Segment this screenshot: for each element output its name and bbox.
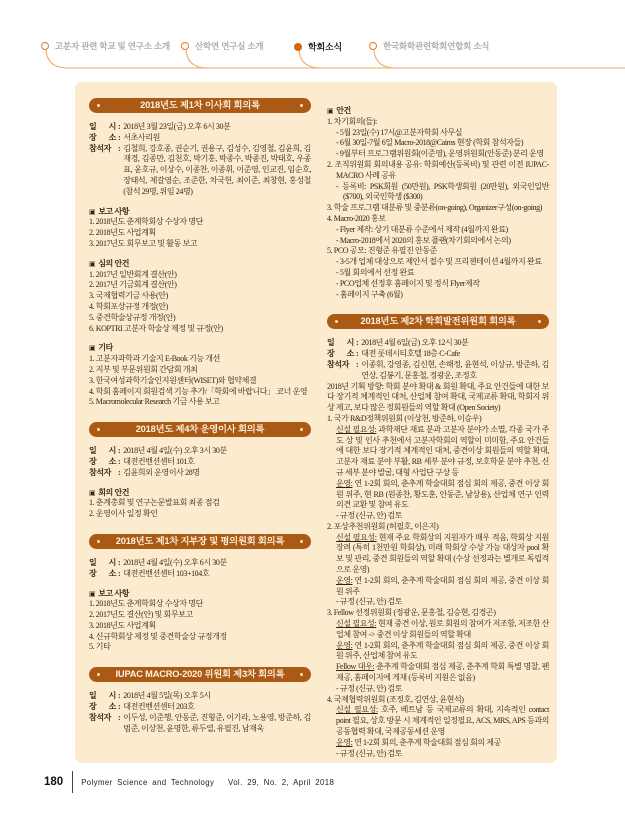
section-title: 2018년도 제1차 지부장 및 평의원회 회의록	[116, 536, 284, 546]
nav-tab: 산학연 연구실 소개	[181, 40, 263, 52]
block-heading-label: 보고 사항	[98, 589, 129, 598]
content-panel: 2018년도 제1차 이사회 회의록일 시:2018년 3월 23일(금) 오후…	[75, 82, 557, 763]
meta-line: 일 시:2018년 3월 23일(금) 오후 6시 30분	[89, 122, 311, 133]
pill-dot-icon	[300, 540, 303, 543]
tab-dot-icon	[369, 42, 377, 50]
nav-tab-label: 학회소식	[308, 40, 342, 53]
block-heading-label: 기타	[98, 343, 113, 352]
meta-label: 장 소	[89, 702, 116, 713]
nav-tab-label: 한국화학관련학회연합회 소식	[383, 40, 489, 52]
numbered-item: 4. 신규학회상 제정 및 중견학술상 규정개정	[89, 632, 311, 643]
numbered-item: 2. 2017년도 결산(안) 및 회무보고	[89, 610, 311, 621]
dash-sub-item: - 6월 30일-7월 6일 Macro-2018@Cairns 현장 (학회 …	[336, 138, 549, 149]
numbered-item: 1. 2018년도 춘계학회상 수상자 명단	[89, 599, 311, 610]
meta-line: 참석자:이두성, 이준행, 안동준, 진형준, 이기라, 노용영, 방준하, 김…	[89, 713, 311, 735]
meta-colon: :	[116, 457, 123, 468]
section-title-pill: IUPAC MACRO-2020 위원회 제3차 회의록	[89, 667, 311, 682]
tab-dot-icon	[181, 42, 189, 50]
pill-dot-icon	[538, 320, 541, 323]
meta-value: 이두성, 이준행, 안동준, 진형준, 이기라, 노용영, 방준하, 김범준, …	[123, 713, 311, 735]
numbered-item: 5. PCO 공모: 진형준 유필진 안동준	[327, 246, 549, 257]
underlined-label: 운영:	[336, 738, 352, 747]
meta-line: 일 시:2018년 4월 5일(목) 오후 5시	[89, 691, 311, 702]
dash-sub-item: - Macro-2018에서 2020의 홍보 플랜(차기회의에서 논의)	[336, 236, 549, 247]
meta-value: 2018년 4월 4일(수) 오후 6시 30분	[123, 558, 311, 569]
meta-value: 대전컨벤션센터 101호	[123, 457, 311, 468]
dash-sub-item: - 홈페이지 구축 (6월)	[336, 290, 549, 301]
meta-value: 2018년 3월 23일(금) 오후 6시 30분	[123, 122, 311, 133]
meta-value: 김윤희외 운영이사 28명	[123, 468, 311, 479]
tab-dot-icon	[41, 42, 49, 50]
dash-sub-item: - 5월 회의에서 선정 완료	[336, 268, 549, 279]
dash-sub-item: - 규정 (신규, 안) 검토	[336, 749, 549, 760]
meta-colon: :	[116, 558, 123, 569]
underlined-label: 운영:	[336, 641, 352, 650]
meta-label: 장 소	[89, 457, 116, 468]
block-heading-label: 심의 안건	[98, 259, 129, 268]
underlined-label: Fellow 대우:	[336, 662, 374, 671]
meta-line: 참석자:김윤희외 운영이사 28명	[89, 468, 311, 479]
meta-value: 2018년 4월 5일(목) 오후 5시	[123, 691, 311, 702]
meta-value: 2018년 4월 6일(금) 오후 12시 30분	[361, 338, 549, 349]
numbered-item: 5. 기타	[89, 642, 311, 653]
meta-label: 참석자	[327, 360, 354, 382]
labeled-item: Fellow 대우: 춘추계 학술대회 점심 제공, 춘추계 학회 특별 명찰,…	[336, 662, 549, 684]
dash-sub-item: - 등록비: PSK회원 (50만원), PSK학생회원 (20만원), 외국인…	[336, 182, 549, 204]
pill-dot-icon	[97, 540, 100, 543]
dash-sub-item: - 3-5개 업체 대상으로 제안서 접수 및 프리젠테이션 4월까지 완료	[336, 257, 549, 268]
dash-sub-item: - PCO업체 선정후 홈페이지 및 정식 Flyer제작	[336, 279, 549, 290]
square-bullet-icon: ▣	[89, 344, 95, 352]
meta-value: 김철희, 강호종, 권순기, 권용구, 김성수, 김영철, 김윤희, 김재경, …	[123, 144, 311, 198]
meta-label: 일 시	[327, 338, 354, 349]
journal-page: 고분자 관련 학교 및 연구소 소개산학연 연구실 소개학회소식한국화학관련학회…	[0, 0, 625, 830]
meta-value: 대전컨벤션센터 203호	[123, 702, 311, 713]
numbered-item: 3. 2018년도 사업계획	[89, 621, 311, 632]
numbered-item: 4. 학회포상규정 개정(안)	[89, 302, 311, 313]
meta-colon: :	[354, 349, 361, 360]
numbered-item: 1. 2017년 일반회계 결산(안)	[89, 270, 311, 281]
meta-colon: :	[116, 691, 123, 702]
numbered-item: 2. 운영이사 일정 확인	[89, 509, 311, 520]
meta-line: 일 시:2018년 4월 4일(수) 오후 6시 30분	[89, 558, 311, 569]
labeled-item: 신설 필요성: 현재 주요 학회상의 지원자가 매우 적음, 학회상 지원 장려…	[336, 533, 549, 576]
labeled-item: 신설 필요성: 호주, 베트남 등 국제교류의 확대, 지속적인 contact…	[336, 705, 549, 737]
square-bullet-icon: ▣	[89, 208, 95, 216]
nav-tab-label: 산학연 연구실 소개	[195, 40, 263, 52]
meta-value: 대전 롯데시티호텔 18층 C-Cafe	[361, 349, 549, 360]
section-title: 2018년도 제2차 학회발전위원회 회의록	[361, 316, 516, 326]
meta-line: 장 소:대전컨벤션센터 101호	[89, 457, 311, 468]
nav-tab: 한국화학관련학회연합회 소식	[369, 40, 489, 52]
block-heading: ▣안건	[327, 106, 549, 117]
meta-line: 참석자:이종휘, 강영종, 김신현, 손해정, 윤현석, 이상규, 방준하, 김…	[327, 360, 549, 382]
numbered-item: 1. 2018년도 춘계학회상 수상자 명단	[89, 217, 311, 228]
top-nav: 고분자 관련 학교 및 연구소 소개산학연 연구실 소개학회소식한국화학관련학회…	[0, 40, 625, 56]
labeled-item: 신설 필요성: 과학재단 재료 분과 고분자 분야가 소멸, 각종 국가 주도 …	[336, 425, 549, 479]
labeled-item: 운영: 연 1-2회 회의, 춘추계 학술대회 점심 회의 제공, 중견 이상 …	[336, 576, 549, 598]
meta-label: 참석자	[89, 713, 116, 735]
meta-line: 참석자:김철희, 강호종, 권순기, 권용구, 김성수, 김영철, 김윤희, 김…	[89, 144, 311, 198]
meta-label: 일 시	[89, 446, 116, 457]
meta-colon: :	[116, 144, 123, 198]
meta-label: 일 시	[89, 122, 116, 133]
meta-colon: :	[116, 702, 123, 713]
pill-dot-icon	[97, 428, 100, 431]
numbered-item: 1. 춘계총회 및 연구논문발표회 최종 점검	[89, 498, 311, 509]
meta-line: 장 소:대전컨벤션센터 103+104호	[89, 569, 311, 580]
section-title-pill: 2018년도 제2차 학회발전위원회 회의록	[327, 314, 549, 329]
meta-label: 장 소	[327, 349, 354, 360]
numbered-item: 3. Fellow 선정위원회 (정광운, 문홍철, 김승현, 김경곤)	[327, 608, 549, 619]
dash-sub-item: - 규정 (신규, 안) 검토	[336, 684, 549, 695]
underlined-label: 운영:	[336, 576, 352, 585]
numbered-item: 1. 차기회의(들):	[327, 117, 549, 128]
underlined-label: 신설 필요성:	[336, 619, 376, 628]
meta-label: 일 시	[89, 558, 116, 569]
dash-sub-item: - Flyer 제작: 상기 대분류 수준에서 제작 (4월까지 완료)	[336, 225, 549, 236]
numbered-item: 3. 국제협력기금 사용(안)	[89, 291, 311, 302]
meta-colon: :	[354, 338, 361, 349]
block-heading: ▣기타	[89, 343, 311, 354]
labeled-item: 신설 필요성: 현재 중견 이상, 원로 회원의 참여가 저조함, 저조한 산업…	[336, 619, 549, 641]
meta-line: 일 시:2018년 4월 4일(수) 오후 3시 30분	[89, 446, 311, 457]
dash-sub-item: - 규정 (신규, 안) 검토	[336, 511, 549, 522]
numbered-item: 2. 2018년도 사업계획	[89, 228, 311, 239]
meta-value: 서초사리원	[123, 133, 311, 144]
meta-colon: :	[116, 122, 123, 133]
pill-dot-icon	[97, 104, 100, 107]
underlined-label: 신설 필요성:	[336, 705, 378, 714]
square-bullet-icon: ▣	[89, 489, 95, 497]
footer-divider	[72, 771, 73, 793]
meta-value: 이종휘, 강영종, 김신현, 손해정, 윤현석, 이상규, 방준하, 김연상, …	[361, 360, 549, 382]
block-heading-label: 회의 안건	[98, 488, 129, 497]
meta-colon: :	[116, 569, 123, 580]
section-title: 2018년도 제1차 이사회 회의록	[140, 100, 260, 110]
meta-label: 참석자	[89, 144, 116, 198]
meta-label: 장 소	[89, 569, 116, 580]
meta-line: 장 소:서초사리원	[89, 133, 311, 144]
block-heading: ▣보고 사항	[89, 589, 311, 600]
labeled-text: 연 1-2회 회의, 춘추계 학술대회 점심 회의 제공, 중견 이상 회원 위…	[336, 576, 549, 596]
square-bullet-icon: ▣	[327, 107, 333, 115]
block-heading: ▣보고 사항	[89, 207, 311, 218]
pill-dot-icon	[300, 428, 303, 431]
numbered-item: 4. 국제협력위원회 (조정호, 김연상, 윤현석)	[327, 695, 549, 706]
labeled-text: 연 1-2회 회의, 춘추계 학술대회 점심 회의 제공, 중견 이상 회원 위…	[336, 641, 549, 661]
pill-dot-icon	[300, 104, 303, 107]
meta-colon: :	[354, 360, 361, 382]
labeled-text: 연 1-2회 회의, 춘추계 학술대회 점심 회의 제공	[352, 738, 500, 747]
page-footer: 180 Polymer Science and Technology Vol. …	[44, 771, 334, 793]
page-number: 180	[44, 776, 63, 788]
dash-sub-item: - 9월부터 프로그램위원회(이준영), 운영위원회(안동준) 분리 운영	[336, 149, 549, 160]
block-heading-label: 보고 사항	[98, 207, 129, 216]
pill-dot-icon	[300, 673, 303, 676]
numbered-item: 2. 지부 및 부문위원회 간담회 개최	[89, 365, 311, 376]
numbered-item: 6. KOPTRI 고분자 학술상 제정 및 규정(안)	[89, 324, 311, 335]
numbered-item: 4. Macro-2020 홍보	[327, 214, 549, 225]
labeled-item: 운영: 연 1-2회 회의, 춘추계 학술대회 점심 회의 제공, 중견 이상 …	[336, 641, 549, 663]
numbered-item: 1. 고분자과학과 기술지 E-Book 기능 개선	[89, 354, 311, 365]
section-title: 2018년도 제4차 운영이사 회의록	[136, 424, 265, 434]
meta-colon: :	[116, 446, 123, 457]
labeled-text: 연 1-2회 회의, 춘추계 학술대회 점심 회의 제공, 중견 이상 회원 위…	[336, 479, 549, 510]
meta-label: 일 시	[89, 691, 116, 702]
meta-colon: :	[116, 133, 123, 144]
meta-label: 참석자	[89, 468, 116, 479]
block-heading-label: 안건	[336, 106, 351, 115]
numbered-item: 3. 2017년도 회무보고 및 활동 보고	[89, 239, 311, 250]
section-title-pill: 2018년도 제4차 운영이사 회의록	[89, 422, 311, 437]
meta-value: 2018년 4월 4일(수) 오후 3시 30분	[123, 446, 311, 457]
labeled-item: 운영: 연 1-2회 회의, 춘추계 학술대회 점심 회의 제공, 중견 이상 …	[336, 479, 549, 511]
nav-tab: 고분자 관련 학교 및 연구소 소개	[41, 40, 170, 52]
labeled-item: 운영: 연 1-2회 회의, 춘추계 학술대회 점심 회의 제공	[336, 738, 549, 749]
dash-sub-item: - 5월 23일(수) 17시@고분자학회 사무실	[336, 128, 549, 139]
meta-colon: :	[116, 468, 123, 479]
underlined-label: 신설 필요성:	[336, 533, 377, 542]
meta-colon: :	[116, 713, 123, 735]
square-bullet-icon: ▣	[89, 590, 95, 598]
left-column: 2018년도 제1차 이사회 회의록일 시:2018년 3월 23일(금) 오후…	[89, 97, 311, 763]
numbered-item: 3. 학술 프로그램 대분류 및 중분류(on-going), Organize…	[327, 203, 549, 214]
section-title: IUPAC MACRO-2020 위원회 제3차 회의록	[116, 669, 285, 679]
meta-value: 대전컨벤션센터 103+104호	[123, 569, 311, 580]
meta-label: 장 소	[89, 133, 116, 144]
section-title-pill: 2018년도 제1차 지부장 및 평의원회 회의록	[89, 534, 311, 549]
journal-title: Polymer Science and Technology Vol. 29, …	[81, 778, 334, 787]
nav-tab-active: 학회소식	[294, 40, 342, 53]
numbered-item: 2. 2017년 기금회계 결산(안)	[89, 280, 311, 291]
pill-dot-icon	[97, 673, 100, 676]
numbered-item: 3. 한국여성과학기술인지원센터(WISET)와 협약체결	[89, 376, 311, 387]
underlined-label: 신설 필요성:	[336, 425, 376, 434]
numbered-item: 5. Macromolecular Research 기금 사용 보고	[89, 397, 311, 408]
numbered-item: 4. 학회 홈페이지 회원검색 기능 추가/「학회에 바랍니다」 코너 운영	[89, 387, 311, 398]
meta-line: 일 시:2018년 4월 6일(금) 오후 12시 30분	[327, 338, 549, 349]
block-heading: ▣심의 안건	[89, 259, 311, 270]
numbered-item: 2. 포상추천위원회 (허필호, 이은지)	[327, 522, 549, 533]
numbered-item: 1. 국가 R&D정책위원회 (이상천, 방준하, 이승우)	[327, 414, 549, 425]
pill-dot-icon	[335, 320, 338, 323]
section-title-pill: 2018년도 제1차 이사회 회의록	[89, 98, 311, 113]
meta-line: 장 소:대전컨벤션센터 203호	[89, 702, 311, 713]
nav-tab-label: 고분자 관련 학교 및 연구소 소개	[55, 40, 170, 52]
numbered-item: 5. 중견학술상규정 개정(안)	[89, 313, 311, 324]
right-column: ▣안건1. 차기회의(들):- 5월 23일(수) 17시@고분자학회 사무실-…	[327, 97, 549, 763]
block-heading: ▣회의 안건	[89, 488, 311, 499]
numbered-item: 2. 조직위원회 회의내용 공유: 학회예산(등록비) 및 관련 이전 IUPA…	[327, 160, 549, 182]
dash-sub-item: - 규정 (신규, 안) 검토	[336, 597, 549, 608]
underlined-label: 운영:	[336, 479, 352, 488]
meta-line: 장 소:대전 롯데시티호텔 18층 C-Cafe	[327, 349, 549, 360]
square-bullet-icon: ▣	[89, 260, 95, 268]
tab-dot-icon	[294, 43, 302, 51]
paragraph: 2018년 기획 방향: 학회 분야 확대 & 회원 확대, 주요 안건들에 대…	[327, 382, 549, 414]
